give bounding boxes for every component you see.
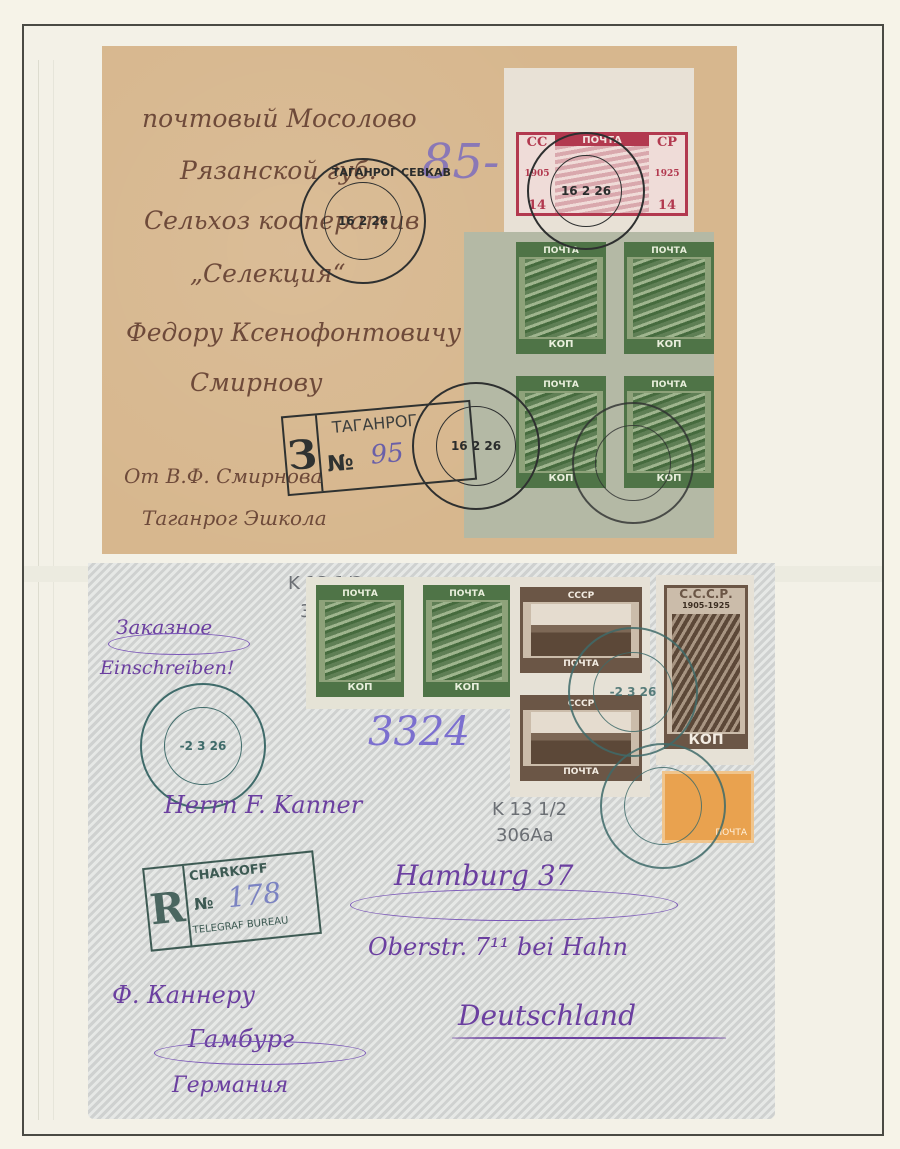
stamp-text: ПОЧТА	[426, 588, 508, 600]
cover-1-envelope: почтовый Мосолово Рязанской губ. Сельхоз…	[102, 46, 737, 554]
stamp-value: КОП	[519, 339, 603, 351]
stamp-text: ПОЧТА	[319, 588, 401, 600]
stamp-green-3kop: ПОЧТАКОП	[316, 585, 404, 697]
stamp-year: 1905-1925	[667, 600, 745, 612]
stamp-value: 14	[649, 198, 685, 213]
stamp-text: СССР	[523, 590, 639, 602]
catalog-note: K 13 1/2	[492, 799, 567, 820]
underline-flourish	[452, 1037, 726, 1039]
registration-bureau: TELEGRAF BUREAU	[192, 915, 289, 936]
recipient-line: Oberstr. 7¹¹ bei Hahn	[368, 933, 628, 961]
stamp-value: КОП	[319, 682, 401, 694]
stamp-text: ПОЧТА	[519, 379, 603, 391]
postmark-date: 16 2 26	[561, 184, 611, 198]
stamp-green-3kop: ПОЧТАКОП	[423, 585, 511, 697]
postmark-ring-text: ТАГАНРОГ СЕВКАВ	[332, 166, 451, 179]
registration-number: 178	[226, 876, 283, 914]
address-line: Федору Ксенофонтовичу	[126, 318, 461, 347]
recipient-line: Herrn F. Kanner	[164, 791, 362, 819]
underline-flourish	[154, 1041, 366, 1065]
registration-office: ТАГАНРОГ	[331, 411, 418, 437]
stamp-text: ПОЧТА	[627, 245, 711, 257]
album-margin-rule	[38, 60, 54, 1120]
stamp-green-3kop: ПОЧТАКОП	[624, 242, 714, 354]
stamp-text: С.С.С.Р.	[667, 588, 745, 600]
postmark: 16 2 26	[527, 132, 645, 250]
stamp-value: КОП	[426, 682, 508, 694]
postmark-date: -2 3 26	[610, 685, 657, 699]
address-line: Смирнову	[190, 368, 323, 397]
catalog-note: 306Aa	[496, 825, 554, 846]
postmark: 16 2 26 ТАГАНРОГ СЕВКАВ	[300, 158, 426, 284]
stamp-green-3kop: ПОЧТАКОП	[516, 242, 606, 354]
registration-no-prefix: №	[193, 893, 214, 914]
registration-label: З ТАГАНРОГ № 95	[281, 400, 477, 496]
postmark-date: 16 2 26	[338, 214, 388, 228]
registration-no-prefix: №	[326, 450, 355, 477]
sender-line: Ф. Каннеру	[112, 981, 255, 1009]
registration-label: R CHARKOFF № 178 TELEGRAF BUREAU	[142, 850, 322, 952]
recipient-line: Hamburg 37	[394, 859, 573, 892]
underline-flourish	[350, 889, 678, 921]
sender-line: Таганрог Эшкола	[142, 506, 327, 530]
recipient-line: Deutschland	[458, 999, 636, 1032]
stamp-text: ПОЧТА	[627, 379, 711, 391]
stamp-text: СР	[649, 135, 685, 150]
stamp-year: 1925	[649, 169, 685, 179]
registration-number: 95	[369, 438, 405, 471]
underline-flourish	[108, 633, 250, 655]
postmark: -2 3 26	[568, 627, 698, 757]
address-line: почтовый Мосолово	[142, 104, 417, 133]
blue-pencil-mark: 85-	[422, 134, 499, 190]
sender-line: Германия	[172, 1073, 288, 1098]
blue-number: 3324	[368, 709, 470, 755]
postmark-date: -2 3 26	[180, 739, 227, 753]
stamp-value: КОП	[627, 339, 711, 351]
postmark	[600, 743, 726, 869]
cover-2-envelope: K 13 1/2 305Aa K 13 1/2 306Aa Заказное E…	[88, 563, 775, 1119]
postmark	[572, 402, 694, 524]
registered-mark-de: Einschreiben!	[100, 657, 235, 679]
